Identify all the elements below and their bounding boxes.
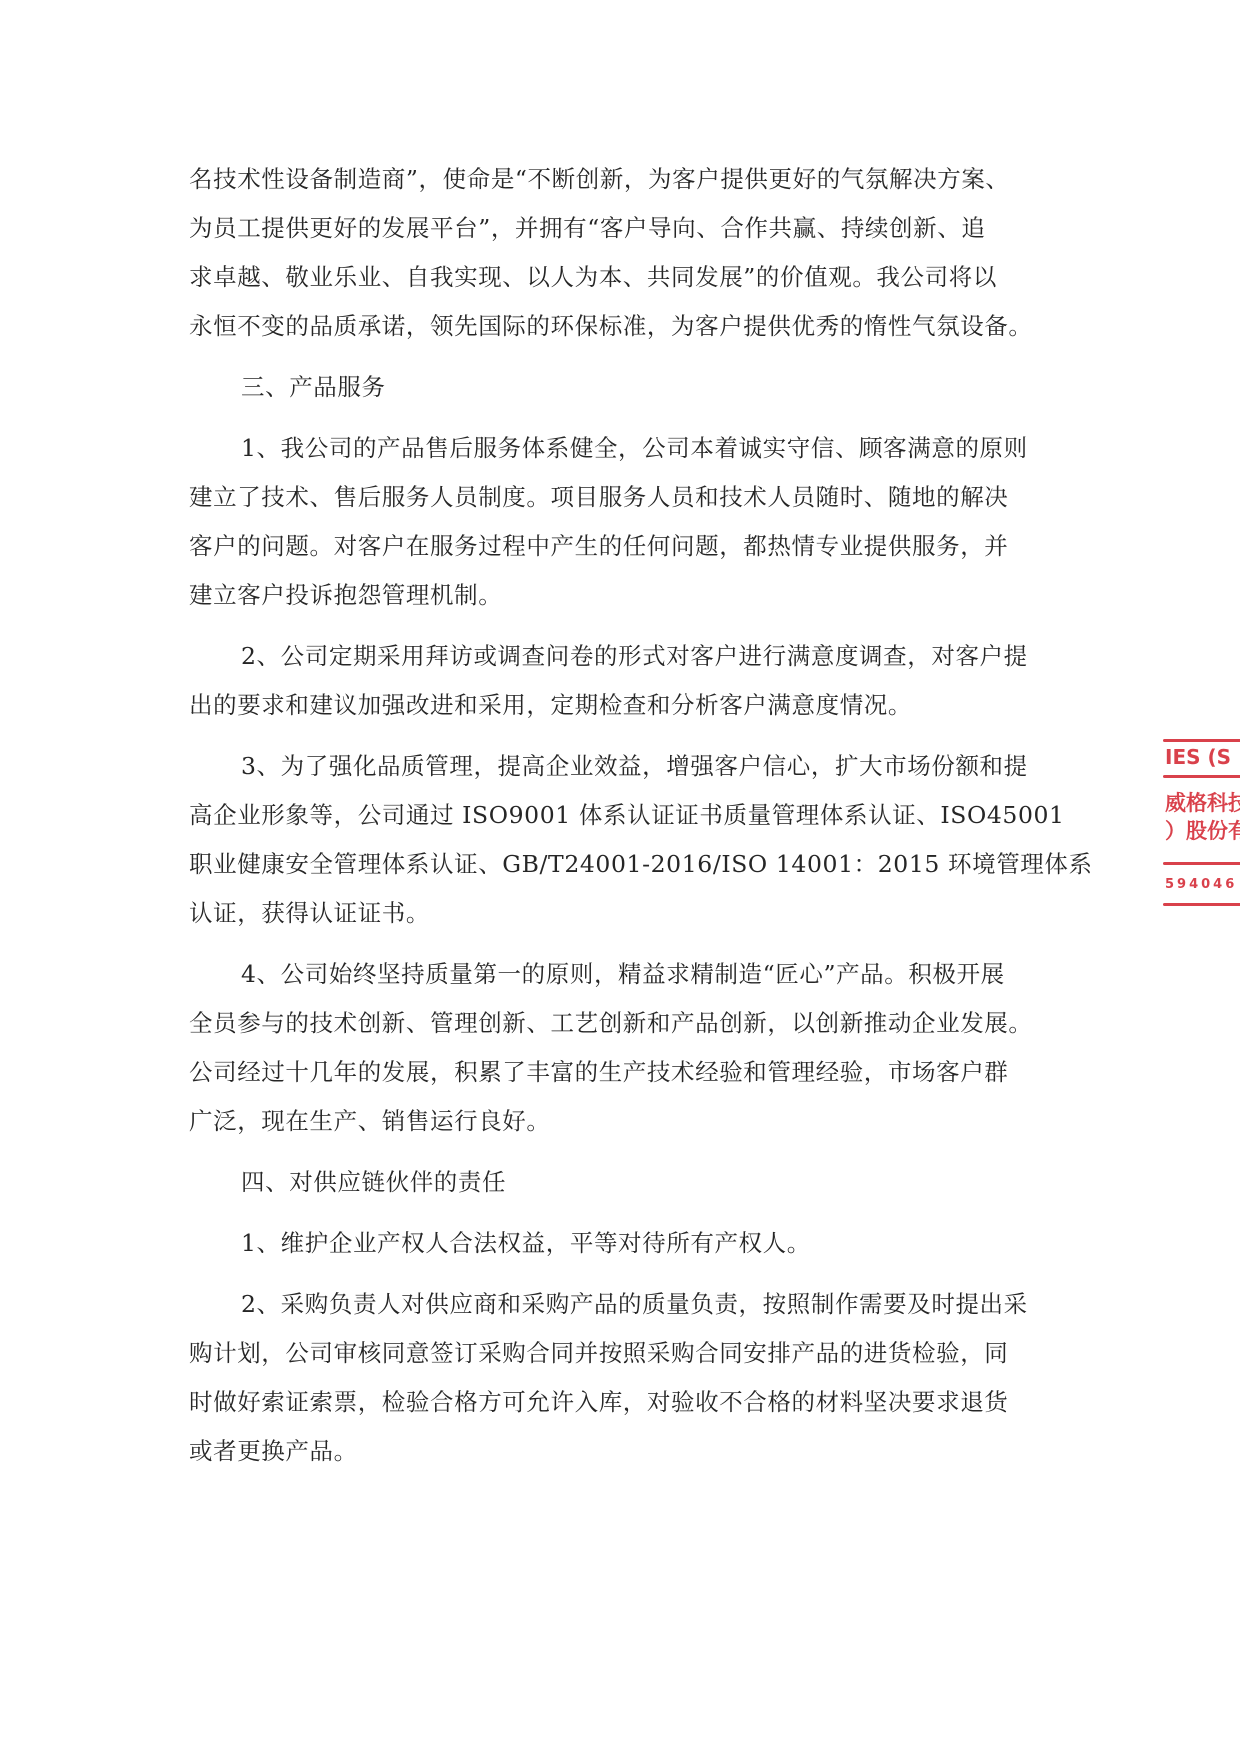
paragraph-line: 客户的问题。对客户在服务过程中产生的任何问题，都热情专业提供服务，并 xyxy=(189,531,1051,561)
stamp-text: 威格科技 xyxy=(1165,787,1240,817)
paragraph-line: 购计划，公司审核同意签订采购合同并按照采购合同安排产品的进货检验，同 xyxy=(189,1338,1051,1368)
paragraph-line: 建立客户投诉抱怨管理机制。 xyxy=(189,580,1051,610)
stamp-text: IES (S xyxy=(1165,745,1231,769)
paragraph-line: 建立了技术、售后服务人员制度。项目服务人员和技术人员随时、随地的解决 xyxy=(189,482,1051,512)
paragraph-line: 2、采购负责人对供应商和采购产品的质量负责，按照制作需要及时提出采 xyxy=(241,1289,1051,1319)
paragraph-line: 时做好索证索票，检验合格方可允许入库，对验收不合格的材料坚决要求退货 xyxy=(189,1387,1051,1417)
stamp-number: 594046 xyxy=(1165,877,1237,892)
paragraph-line: 或者更换产品。 xyxy=(189,1436,1051,1466)
paragraph-line: 4、公司始终坚持质量第一的原则，精益求精制造“匠心”产品。积极开展 xyxy=(241,959,1051,989)
section-heading-product-service: 三、产品服务 xyxy=(241,372,1051,402)
paragraph-line: 出的要求和建议加强改进和采用，定期检查和分析客户满意度情况。 xyxy=(189,690,1051,720)
paragraph-line: 为员工提供更好的发展平台”，并拥有“客户导向、合作共赢、持续创新、追 xyxy=(189,213,1051,243)
paragraph-line: 3、为了强化品质管理，提高企业效益，增强客户信心，扩大市场份额和提 xyxy=(241,751,1051,781)
paragraph-line: 公司经过十几年的发展，积累了丰富的生产技术经验和管理经验，市场客户群 xyxy=(189,1057,1051,1087)
paragraph-line: 1、维护企业产权人合法权益，平等对待所有产权人。 xyxy=(241,1228,1051,1258)
paragraph-line: 职业健康安全管理体系认证、GB/T24001-2016/ISO 14001：20… xyxy=(189,849,1051,879)
paragraph-line: 广泛，现在生产、销售运行良好。 xyxy=(189,1106,1051,1136)
stamp-rule xyxy=(1163,739,1240,742)
document-page: 名技术性设备制造商”，使命是“不断创新，为客户提供更好的气氛解决方案、 为员工提… xyxy=(0,0,1240,1753)
section-heading-supply-chain: 四、对供应链伙伴的责任 xyxy=(241,1167,1051,1197)
paragraph-line: 求卓越、敬业乐业、自我实现、以人为本、共同发展”的价值观。我公司将以 xyxy=(189,262,1051,292)
stamp-rule xyxy=(1163,775,1240,778)
stamp-rule xyxy=(1163,903,1240,906)
paragraph-line: 1、我公司的产品售后服务体系健全，公司本着诚实守信、顾客满意的原则 xyxy=(241,433,1051,463)
paragraph-line: 全员参与的技术创新、管理创新、工艺创新和产品创新，以创新推动企业发展。 xyxy=(189,1008,1051,1038)
stamp-rule xyxy=(1163,862,1240,865)
paragraph-line: 永恒不变的品质承诺，领先国际的环保标准，为客户提供优秀的惰性气氛设备。 xyxy=(189,311,1051,341)
paragraph-line: 名技术性设备制造商”，使命是“不断创新，为客户提供更好的气氛解决方案、 xyxy=(189,164,1051,194)
company-seal-stamp: IES (S 威格科技 ）股份有 594046 xyxy=(1163,735,1240,915)
stamp-text: ）股份有 xyxy=(1165,815,1240,845)
paragraph-line: 2、公司定期采用拜访或调查问卷的形式对客户进行满意度调查，对客户提 xyxy=(241,641,1051,671)
paragraph-line: 高企业形象等，公司通过 ISO9001 体系认证证书质量管理体系认证、ISO45… xyxy=(189,800,1051,830)
paragraph-line: 认证，获得认证证书。 xyxy=(189,898,1051,928)
